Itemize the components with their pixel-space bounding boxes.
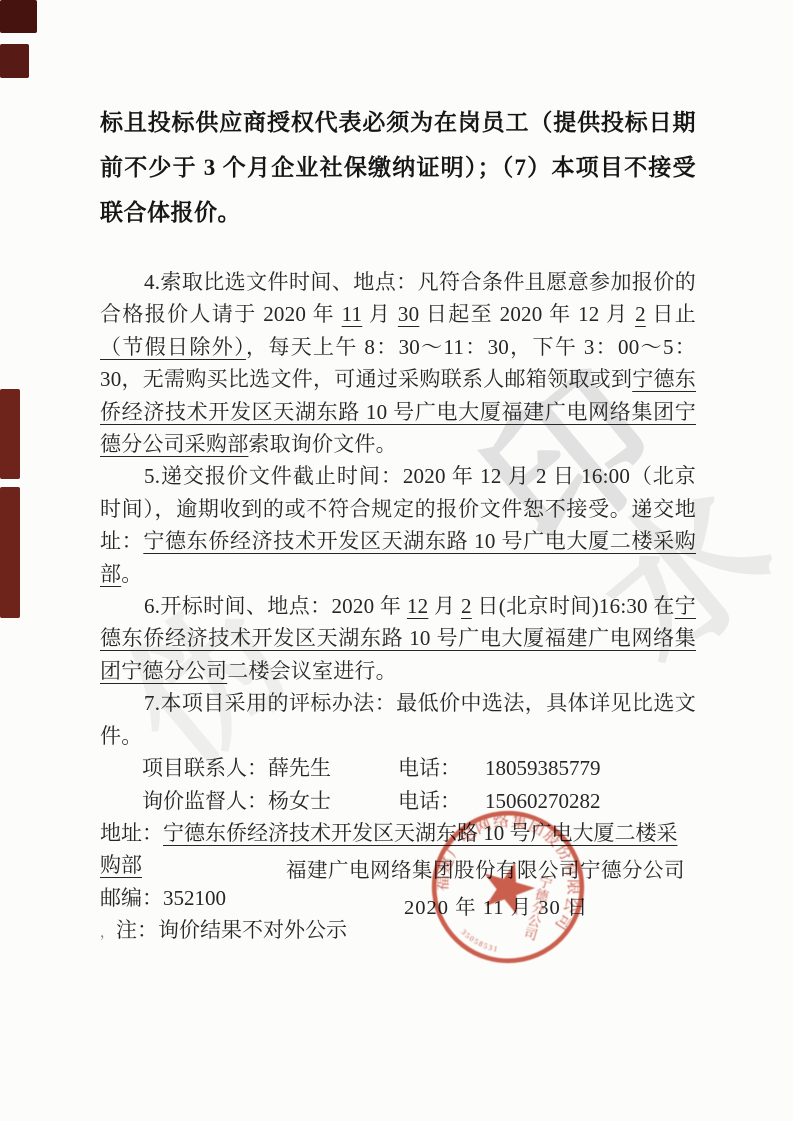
underlined-text: 12 [407,594,428,618]
left-edge-stamp-fragment [0,389,20,479]
text-run: 月 [362,302,398,326]
seal-ring-text: 福建广电网络集团股份有限公司 [428,806,589,936]
left-edge-stamp-fragment [0,0,37,33]
phone-number: 18059385779 [485,752,601,784]
note-line: ，注：询价结果不对外公示 [100,914,696,950]
underlined-text: 2 [461,594,472,618]
text-run: 索取询价文件。 [248,432,396,456]
seal-serial-number: 35058531 [457,926,503,954]
left-edge-stamp-fragment [0,44,29,78]
svg-text:35058531: 35058531 [457,926,503,954]
left-edge-stamp-fragment [0,487,20,618]
company-seal-stamp: 福建广电网络集团股份有限公司 宁德分公司 35058531 [427,806,589,968]
text-run: 月 [428,594,461,618]
note-text: 注：询价结果不对外公示 [116,918,347,942]
contact-person: 询价监督人：杨女士 [142,785,398,817]
text-run: 日(北京时间)16:30 在 [472,594,675,618]
text-run: 。 [121,562,142,586]
body-paragraph: 5.递交报价文件截止时间：2020 年 12 月 2 日 16:00（北京时间）… [100,460,696,590]
text-run: 7.本项目采用的评标办法：最低价中选法，具体详见比选文件。 [100,691,696,747]
underlined-text: （节假日除外） [100,335,246,359]
body-paragraph: 6.开标时间、地点：2020 年 12 月 2 日(北京时间)16:30 在宁德… [100,590,696,687]
contact-person: 项目联系人：薛先生 [142,752,398,784]
underlined-text: 30 [398,302,419,326]
seal-side-text: 宁德分公司 [521,873,554,942]
text-run: 6.开标时间、地点：2020 年 [144,594,407,618]
intro-paragraph: 标且投标供应商授权代表必须为在岗员工（提供投标日期前不少于 3 个月企业社保缴纳… [100,100,696,235]
body-paragraph: 4.索取比选文件时间、地点：凡符合条件且愿意参加报价的合格报价人请于 2020 … [100,266,696,460]
text-run: 地址： [100,821,163,845]
postal-code-line: 邮编：352100 [100,882,696,914]
contact-row: 询价监督人：杨女士电话：15060270282 [100,785,696,817]
underlined-text: 11 [342,302,363,326]
underlined-text: 2 [635,302,646,326]
text-run: 日起至 2020 年 12 月 [419,302,635,326]
contact-row: 项目联系人：薛先生电话：18059385779 [100,752,696,784]
text-run: 二楼会议室进行。 [227,659,397,683]
body-paragraph: 7.本项目采用的评标办法：最低价中选法，具体详见比选文件。 [100,687,696,752]
document-body: 标且投标供应商授权代表必须为在岗员工（提供投标日期前不少于 3 个月企业社保缴纳… [100,100,696,951]
text-run: 标且投标供应商授权代表必须为在岗员工（提供投标日期前不少于 3 个月企业社保缴纳… [100,110,696,225]
scanned-document-page: 印水伪 标且投标供应商授权代表必须为在岗员工（提供投标日期前不少于 3 个月企业… [0,0,793,1121]
svg-text:福建广电网络集团股份有限公司: 福建广电网络集团股份有限公司 [428,806,589,936]
underlined-text: 宁德东侨经济技术开发区天湖东路 10 号广电大厦二楼采购部 [100,529,696,585]
text-run: 日止 [646,302,696,326]
stray-mark: ， [100,926,114,941]
phone-label: 电话： [398,752,461,784]
